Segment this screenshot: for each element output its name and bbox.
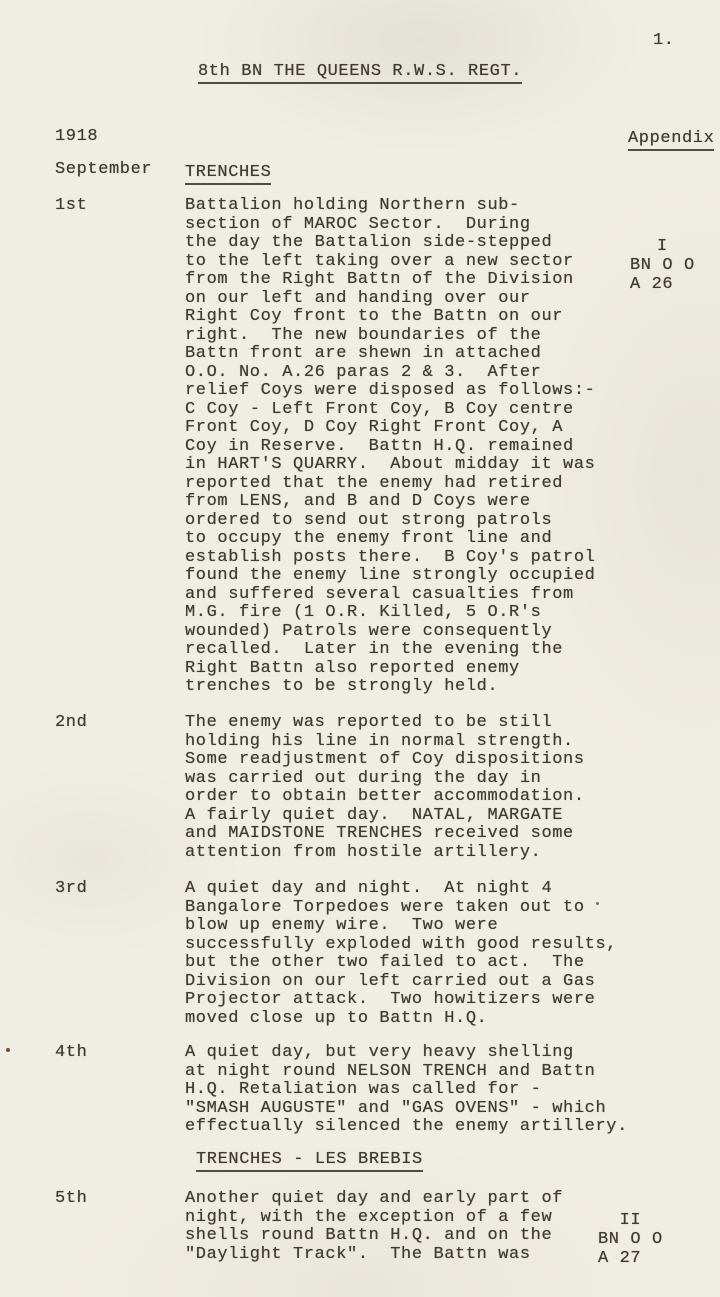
margin-note-appendix-1: I BN O O A 26 <box>630 237 695 294</box>
margin-note-line: A 26 <box>630 275 695 294</box>
section-heading-les-brebis: TRENCHES - LES BREBIS <box>196 1150 423 1172</box>
section-heading-trenches-text: TRENCHES <box>185 163 271 185</box>
entry-date-4th: 4th <box>55 1044 87 1063</box>
war-diary-page: 1. 8th BN THE QUEENS R.W.S. REGT. 1918 A… <box>0 0 720 1297</box>
ink-speck <box>6 1048 10 1052</box>
entry-date-5th: 5th <box>55 1190 87 1209</box>
entry-date-2nd: 2nd <box>55 714 87 733</box>
section-heading-les-brebis-text: TRENCHES - LES BREBIS <box>196 1150 423 1172</box>
page-number: 1. <box>653 31 675 50</box>
section-heading-trenches: TRENCHES <box>185 163 271 185</box>
margin-note-line: I <box>630 237 695 256</box>
entry-date-3rd: 3rd <box>55 880 87 899</box>
document-title-text: 8th BN THE QUEENS R.W.S. REGT. <box>198 62 522 84</box>
month-label: September <box>55 160 152 179</box>
ink-speck <box>596 902 599 905</box>
entry-date-1st: 1st <box>55 197 87 216</box>
margin-note-line: BN O O <box>630 256 695 275</box>
appendix-label-text: Appendix <box>628 129 714 151</box>
entry-text-2nd: The enemy was reported to be still holdi… <box>185 714 585 862</box>
margin-note-line: II <box>598 1211 663 1230</box>
entry-text-1st: Battalion holding Northern sub- section … <box>185 197 595 697</box>
entry-text-4th: A quiet day, but very heavy shelling at … <box>185 1044 628 1137</box>
margin-note-appendix-2: II BN O O A 27 <box>598 1211 663 1268</box>
margin-note-line: BN O O <box>598 1230 663 1249</box>
document-title: 8th BN THE QUEENS R.W.S. REGT. <box>198 62 522 84</box>
year-label: 1918 <box>55 127 98 146</box>
margin-note-line: A 27 <box>598 1249 663 1268</box>
entry-text-3rd: A quiet day and night. At night 4 Bangal… <box>185 880 617 1028</box>
appendix-label: Appendix <box>628 129 714 151</box>
entry-text-5th: Another quiet day and early part of nigh… <box>185 1190 563 1264</box>
